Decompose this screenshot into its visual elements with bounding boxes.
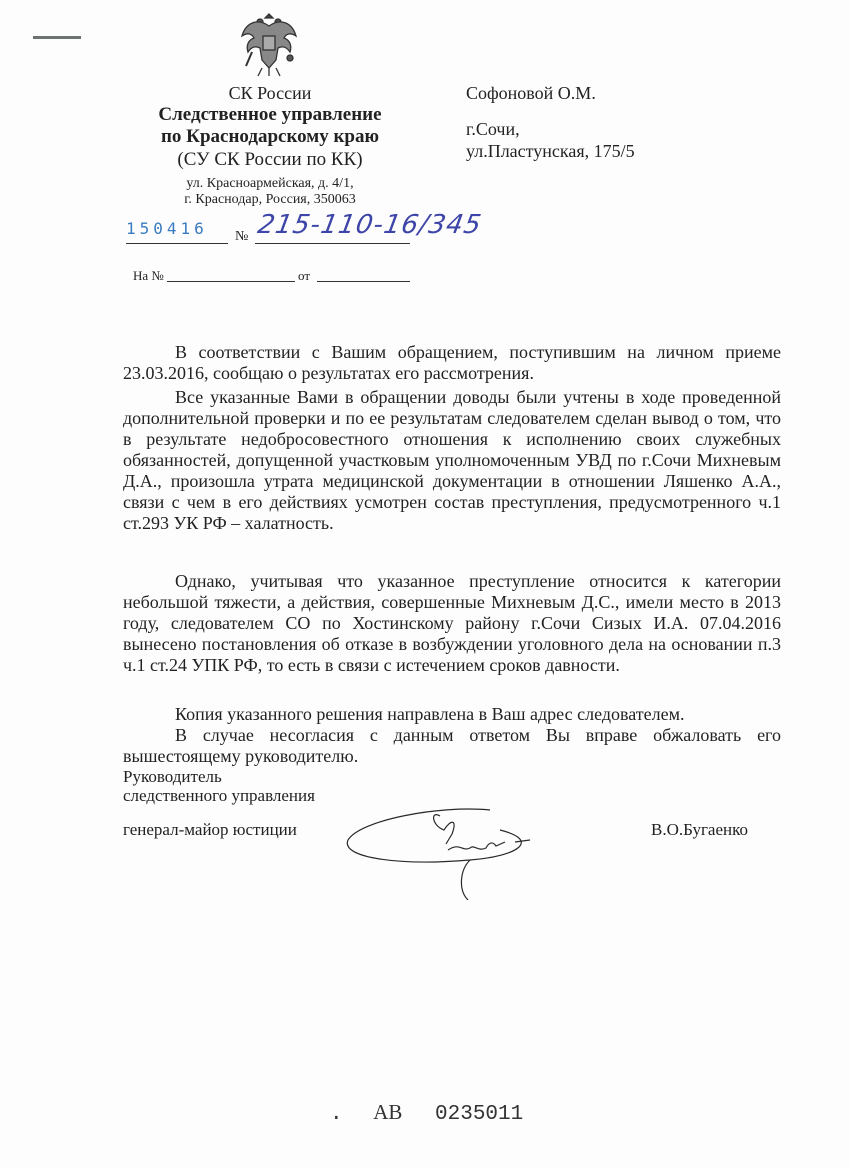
serial-number: 0235011 [435, 1103, 523, 1126]
date-underline [126, 243, 228, 244]
stamp-date: 150416 [126, 219, 208, 238]
address-line2: г. Краснодар, Россия, 350063 [110, 192, 430, 208]
recipient-street: ул.Пластунская, 175/5 [466, 140, 635, 162]
recipient-city: г.Сочи, [466, 118, 635, 140]
reply-to-underline [167, 281, 295, 282]
signatory-rank: генерал-майор юстиции [123, 820, 297, 840]
paragraph-2: Все указанные Вами в обращении доводы бы… [123, 387, 781, 534]
address-line1: ул. Красноармейская, д. 4/1, [110, 176, 430, 192]
scan-mark [33, 36, 81, 39]
number-label: № [235, 229, 248, 245]
from-label: от [298, 268, 310, 284]
recipient-block: Софоновой О.М. г.Сочи, ул.Пластунская, 1… [466, 82, 635, 162]
serial-series: АВ [373, 1100, 402, 1124]
sender-letterhead: СК России Следственное управление по Кра… [110, 82, 430, 208]
signatory-title: Руководитель следственного управления [123, 767, 315, 805]
recipient-name: Софоновой О.М. [466, 82, 635, 104]
paragraph-1: В соответствии с Вашим обращением, посту… [123, 342, 781, 384]
russian-coat-of-arms-icon [238, 8, 300, 80]
handwritten-signature [340, 800, 580, 900]
org-name-line2: по Краснодарскому краю [110, 126, 430, 148]
paragraph-4: Копия указанного решения направлена в Ва… [123, 704, 781, 725]
paragraph-5: В случае несогласия с данным ответом Вы … [123, 725, 781, 767]
org-name-line1: Следственное управление [110, 104, 430, 126]
form-serial: . АВ 0235011 [330, 1100, 523, 1126]
org-short: СК России [110, 82, 430, 104]
org-abbr: (СУ СК России по КК) [110, 148, 430, 172]
from-underline [317, 281, 410, 282]
paragraph-3: Однако, учитывая что указанное преступле… [123, 571, 781, 676]
reply-to-label: На № [133, 268, 164, 284]
handwritten-registration-number: 215-110-16/345 [255, 210, 484, 240]
signatory-name: В.О.Бугаенко [651, 820, 748, 840]
serial-dot: . [330, 1103, 343, 1126]
number-underline [255, 243, 410, 244]
